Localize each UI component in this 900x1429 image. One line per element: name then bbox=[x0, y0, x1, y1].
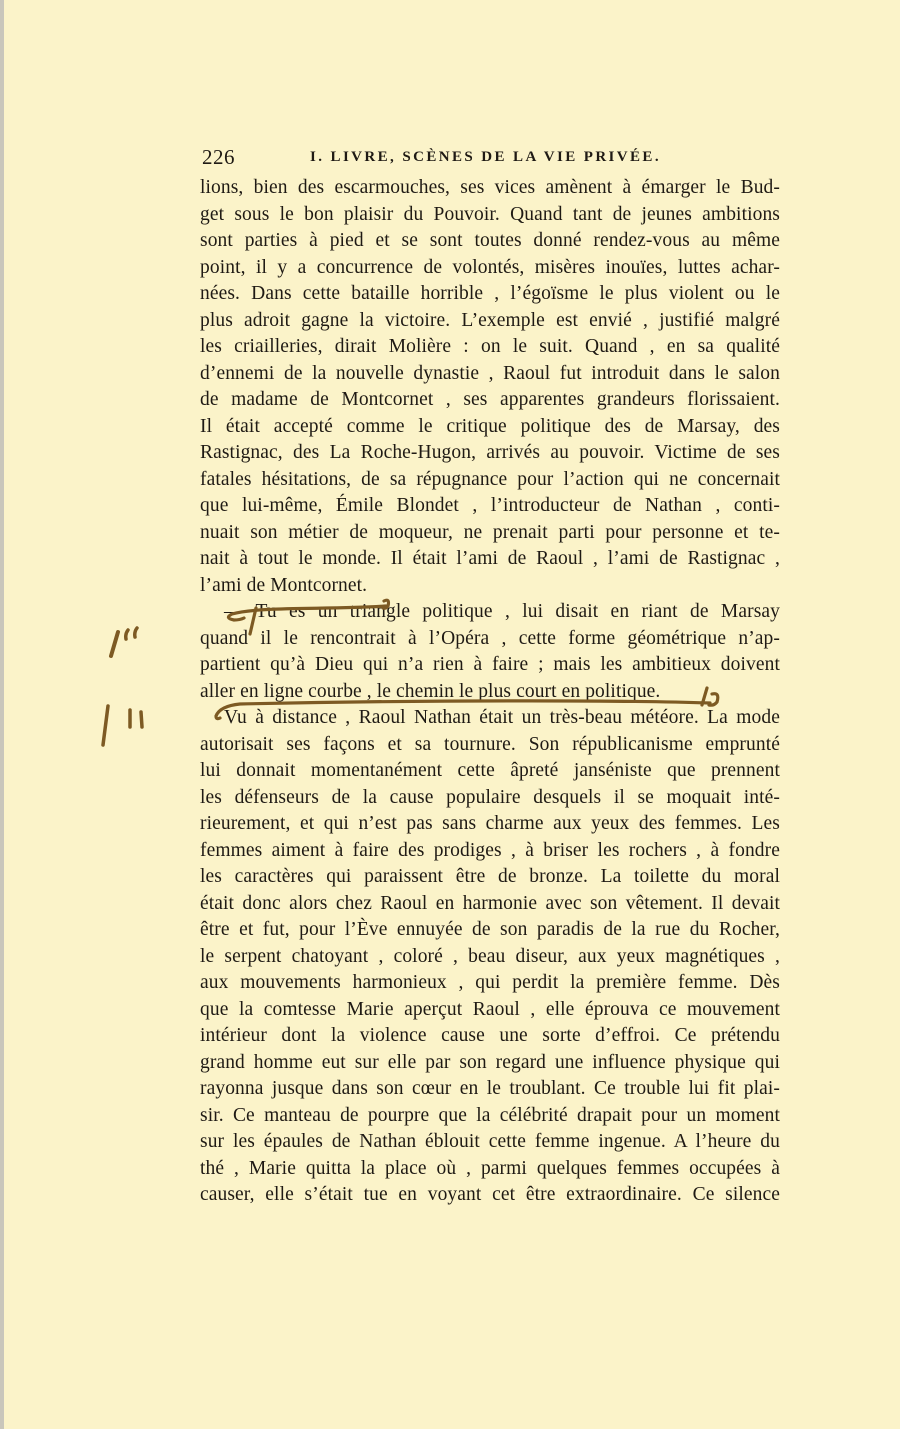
margin-quote-mark-icon bbox=[111, 632, 118, 656]
margin-quote-mark-icon bbox=[103, 706, 108, 745]
new-paragraph-mark-icon bbox=[216, 701, 710, 719]
proofreading-marks bbox=[0, 0, 900, 1429]
